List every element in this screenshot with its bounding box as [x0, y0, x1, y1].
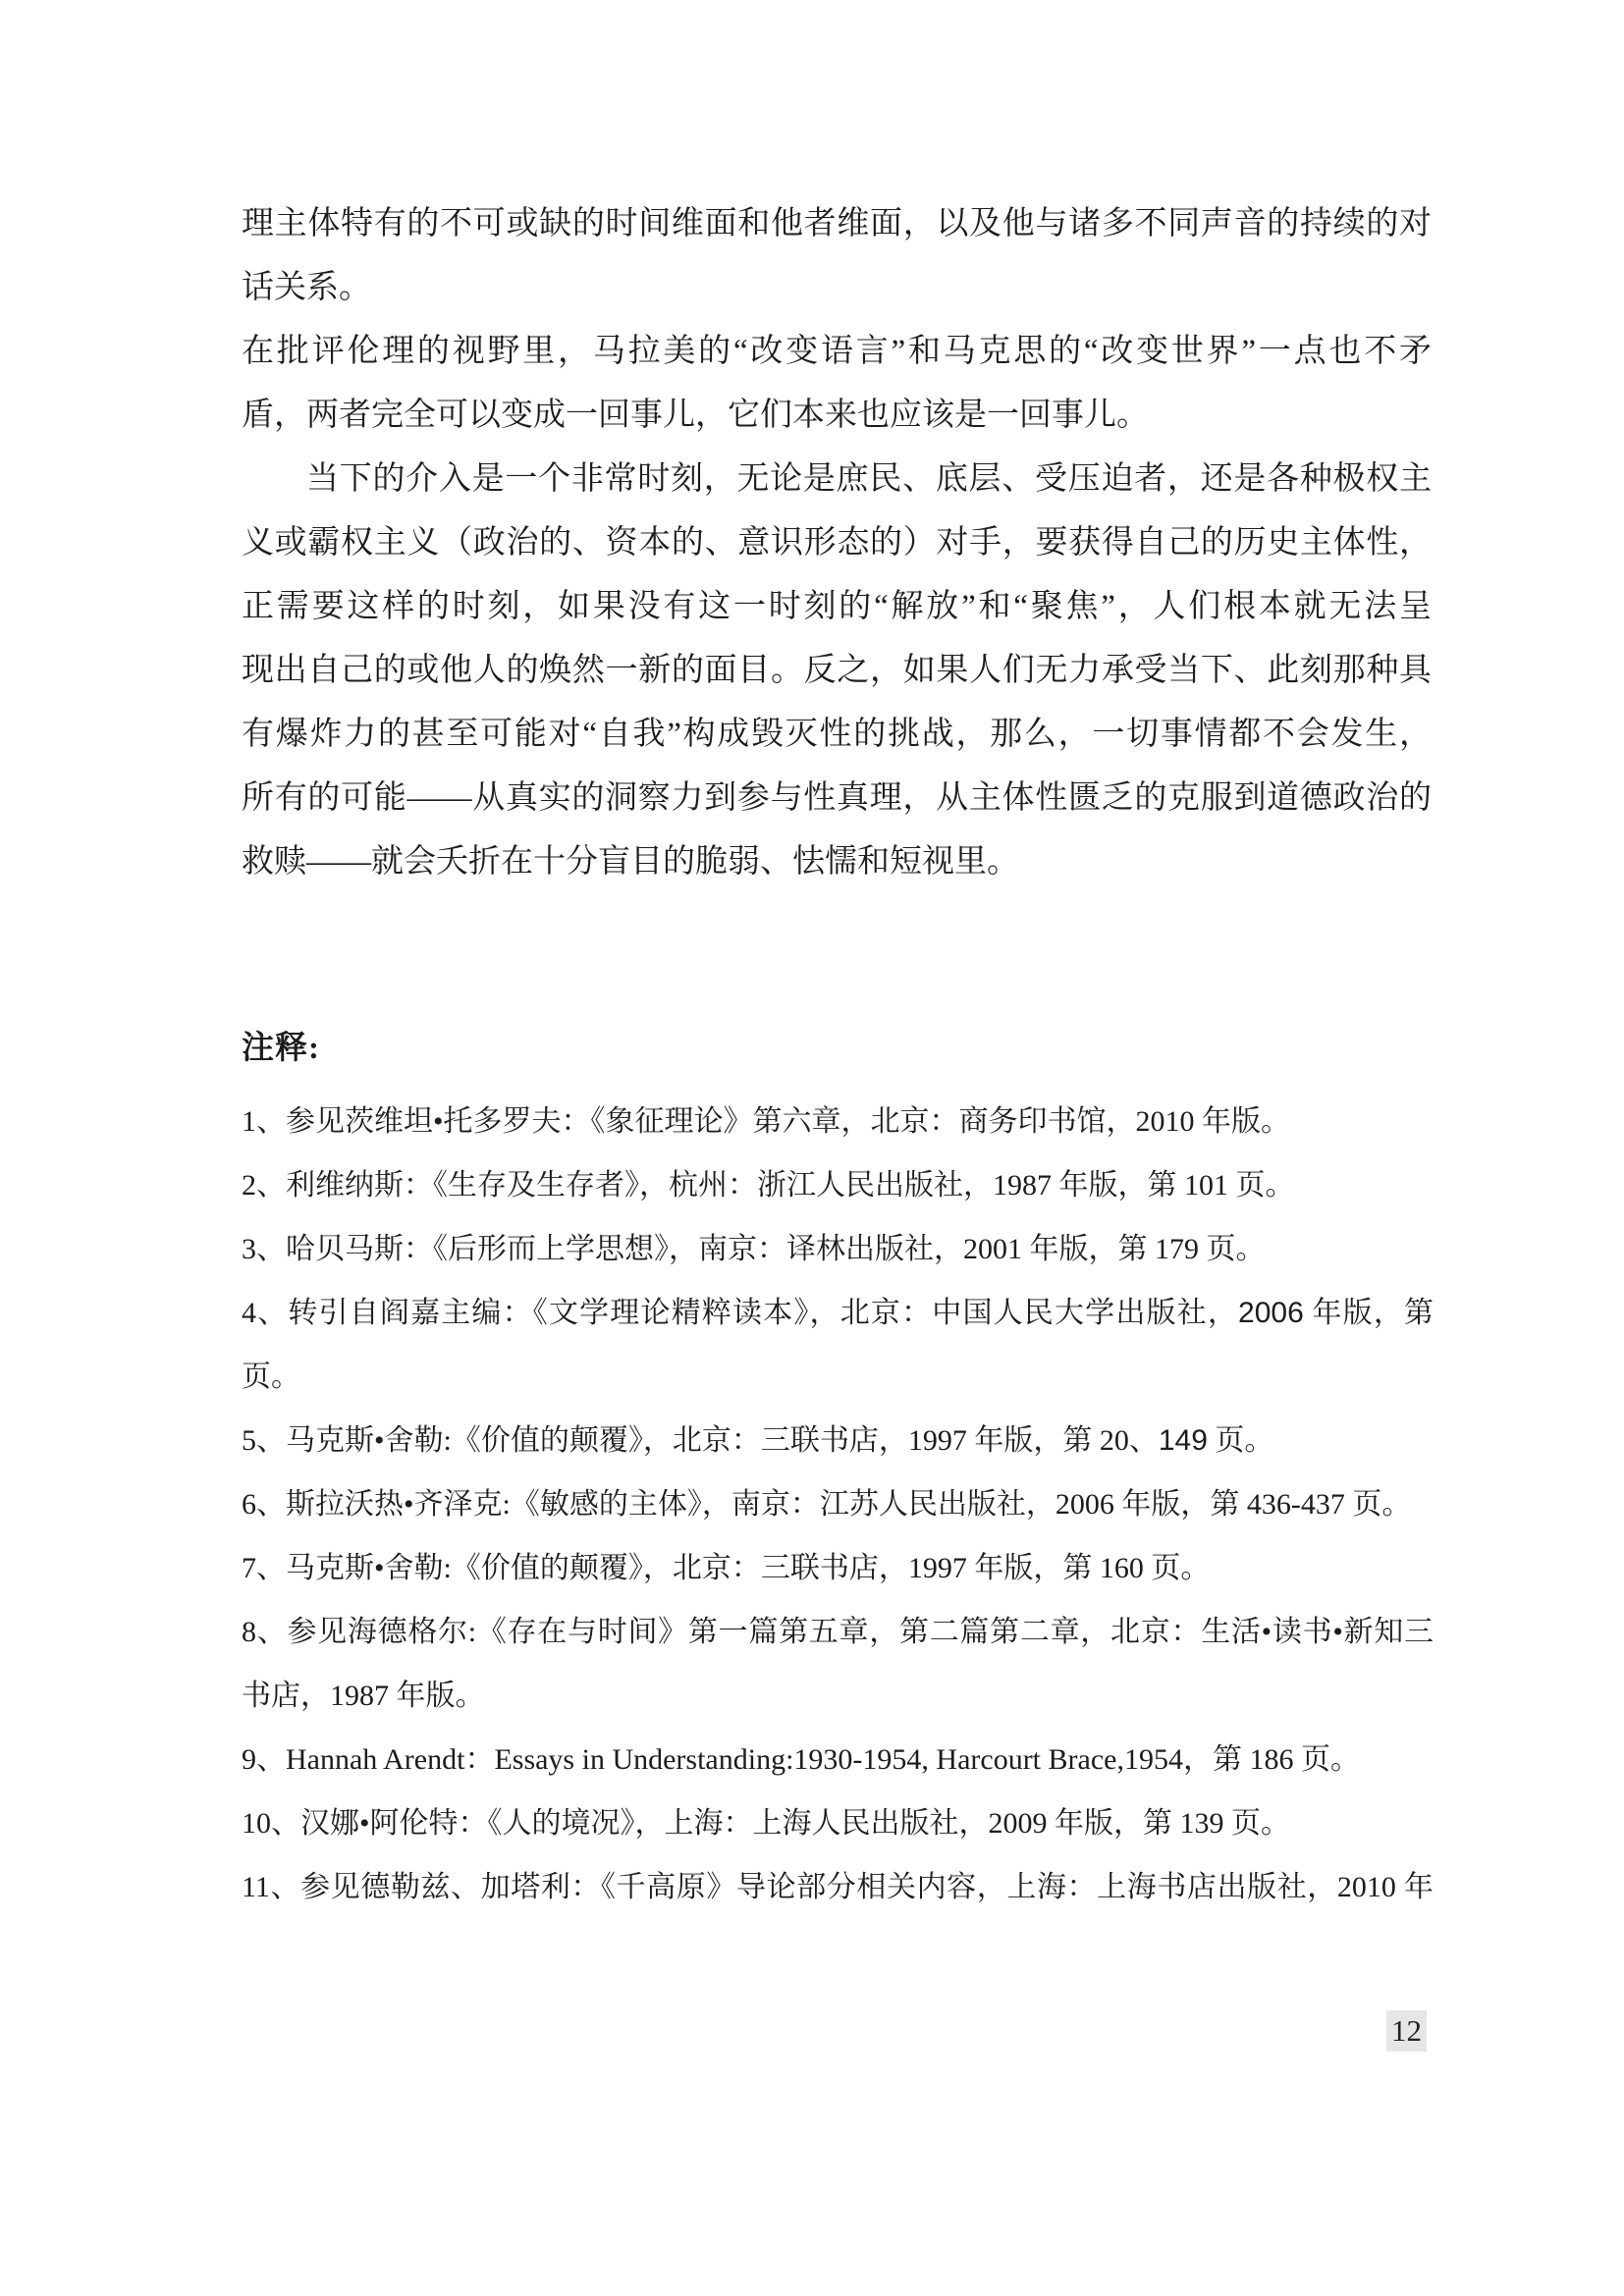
note-5-page: 149	[1159, 1424, 1208, 1457]
note-1: 1、参见茨维坦•托多罗夫：《象征理论》第六章，北京：商务印书馆，2010 年版。	[242, 1090, 1434, 1153]
note-5: 5、马克斯•舍勒:《价值的颠覆》，北京：三联书店，1997 年版，第 20、14…	[242, 1409, 1434, 1472]
note-4-line-2: 页。	[242, 1345, 1434, 1409]
note-5-end-text: 页。	[1208, 1424, 1274, 1457]
note-4-line-1: 4、转引自阎嘉主编：《文学理论精粹读本》，北京：中国人民大学出版社，2006 年…	[242, 1281, 1434, 1345]
body-line-8: 现出自己的或他人的焕然一新的面目。反之，如果人们无力承受当下、此刻那种具	[242, 639, 1432, 703]
page-number: 12	[1386, 2010, 1427, 2052]
document-page: 理主体特有的不可或缺的时间维面和他者维面，以及他与诸多不同声音的持续的对 话关系…	[0, 0, 1624, 2296]
note-6: 6、斯拉沃热•齐泽克:《敏感的主体》，南京：江苏人民出版社，2006 年版，第 …	[242, 1472, 1434, 1536]
note-11: 11、参见德勒兹、加塔利：《千高原》导论部分相关内容，上海：上海书店出版社，20…	[242, 1855, 1434, 1919]
note-9: 9、Hannah Arendt：Essays in Understanding:…	[242, 1728, 1434, 1791]
notes-block: 1、参见茨维坦•托多罗夫：《象征理论》第六章，北京：商务印书馆，2010 年版。…	[242, 1090, 1434, 1919]
note-7: 7、马克斯•舍勒:《价值的颠覆》，北京：三联书店，1997 年版，第 160 页…	[242, 1536, 1434, 1600]
note-5-text: 5、马克斯•舍勒:《价值的颠覆》，北京：三联书店，1997 年版，第 20、	[242, 1424, 1159, 1457]
notes-heading: 注释:	[242, 1022, 320, 1068]
body-text-block: 理主体特有的不可或缺的时间维面和他者维面，以及他与诸多不同声音的持续的对 话关系…	[242, 192, 1432, 894]
note-3: 3、哈贝马斯：《后形而上学思想》，南京：译林出版社，2001 年版，第 179 …	[242, 1217, 1434, 1281]
body-line-5: 当下的介入是一个非常时刻，无论是庶民、底层、受压迫者，还是各种极权主	[242, 448, 1432, 511]
body-line-4: 盾，两者完全可以变成一回事儿，它们本来也应该是一回事儿。	[242, 384, 1432, 448]
body-line-6: 义或霸权主义（政治的、资本的、意识形态的）对手，要获得自己的历史主体性，	[242, 511, 1432, 575]
body-line-11: 救赎——就会夭折在十分盲目的脆弱、怯懦和短视里。	[242, 830, 1432, 894]
note-4-year: 2006	[1238, 1297, 1304, 1329]
note-8-line-1: 8、参见海德格尔:《存在与时间》第一篇第五章，第二篇第二章，北京：生活•读书•新…	[242, 1600, 1434, 1664]
body-line-2: 话关系。	[242, 256, 1432, 320]
note-4-mid-text: 年版，第	[1304, 1297, 1434, 1329]
body-line-3: 在批评伦理的视野里，马拉美的“改变语言”和马克思的“改变世界”一点也不矛	[242, 320, 1432, 384]
body-line-9: 有爆炸力的甚至可能对“自我”构成毁灭性的挑战，那么，一切事情都不会发生，	[242, 703, 1432, 767]
note-4-text: 4、转引自阎嘉主编：《文学理论精粹读本》，北京：中国人民大学出版社，	[242, 1297, 1238, 1329]
body-line-10: 所有的可能——从真实的洞察力到参与性真理，从主体性匮乏的克服到道德政治的	[242, 767, 1432, 830]
note-10: 10、汉娜•阿伦特：《人的境况》，上海：上海人民出版社，2009 年版，第 13…	[242, 1791, 1434, 1855]
note-2: 2、利维纳斯：《生存及生存者》，杭州：浙江人民出版社，1987 年版，第 101…	[242, 1153, 1434, 1217]
body-line-1: 理主体特有的不可或缺的时间维面和他者维面，以及他与诸多不同声音的持续的对	[242, 192, 1432, 256]
body-line-7: 正需要这样的时刻，如果没有这一时刻的“解放”和“聚焦”，人们根本就无法呈	[242, 575, 1432, 639]
note-8-line-2: 书店，1987 年版。	[242, 1664, 1434, 1728]
